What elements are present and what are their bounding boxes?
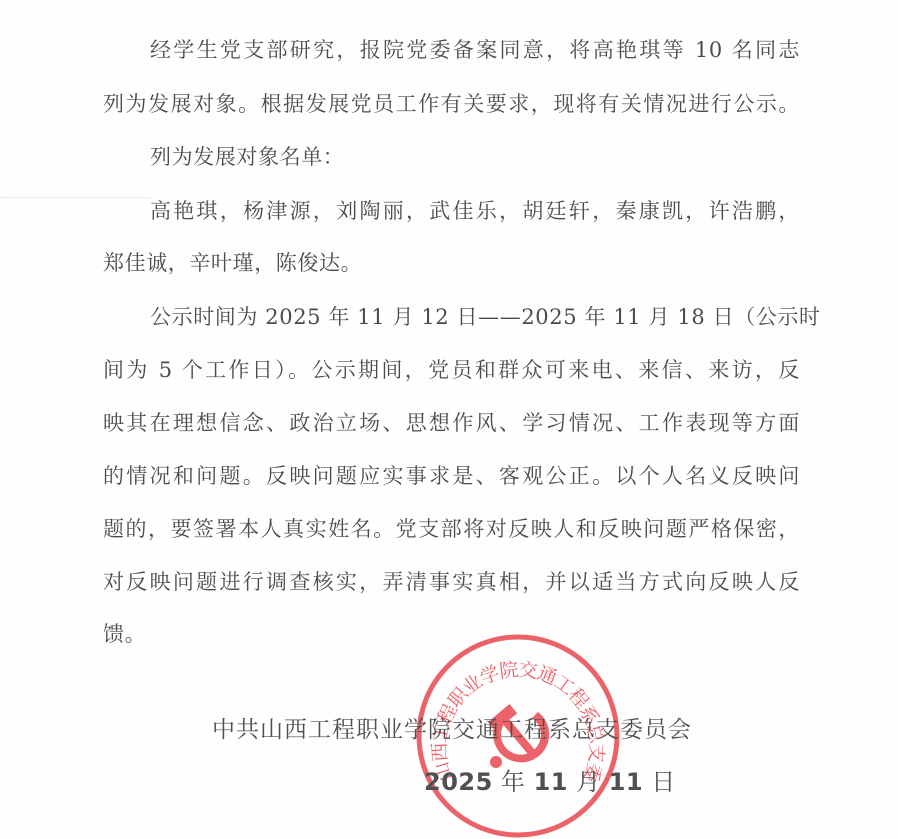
paragraph-4-line-1: 公示时间为 2025 年 11 月 12 日——2025 年 11 月 18 日…	[150, 302, 800, 332]
issuing-organization: 中共山西工程职业学院交通工程系总支委员会	[212, 711, 692, 744]
candidate-names-line-2: 郑佳诚，辛叶瑾，陈俊达。	[103, 248, 803, 278]
scan-artifact-line	[0, 197, 150, 198]
paragraph-4-line-2: 间为 5 个工作日）。公示期间，党员和群众可来电、来信、来访，反	[103, 355, 800, 385]
paragraph-4-line-4: 的情况和问题。反映问题应实事求是、客观公正。以个人名义反映问	[103, 461, 800, 491]
document-page: 经学生党支部研究，报院党委备案同意，将高艳琪等 10 名同志 列为发展对象。根据…	[0, 0, 898, 839]
year-unit: 年	[493, 768, 534, 796]
day-unit: 日	[643, 768, 676, 796]
paragraph-1-line-2: 列为发展对象。根据发展党员工作有关要求，现将有关情况进行公示。	[103, 89, 800, 119]
paragraph-1-line-1: 经学生党支部研究，报院党委备案同意，将高艳琪等 10 名同志	[150, 35, 800, 65]
paragraph-4-line-5: 题的，要签署本人真实姓名。党支部将对反映人和反映问题严格保密，	[103, 514, 800, 544]
candidate-list-heading: 列为发展对象名单：	[150, 142, 850, 172]
paragraph-4-line-3: 映其在理想信念、政治立场、思想作风、学习情况、工作表现等方面	[103, 408, 800, 438]
month-unit: 月	[568, 768, 609, 796]
candidate-names-line-1: 高艳琪，杨津源，刘陶丽，武佳乐，胡廷轩，秦康凯，许浩鹏，	[150, 196, 800, 226]
issue-date-month: 11	[534, 768, 568, 796]
issue-date-year: 2025	[424, 768, 493, 796]
issue-date-day: 11	[609, 768, 643, 796]
issue-date: 2025 年 11 月 11 日	[424, 762, 676, 797]
paragraph-4-line-6: 对反映问题进行调查核实，弄清事实真相，并以适当方式向反映人反	[103, 567, 800, 597]
